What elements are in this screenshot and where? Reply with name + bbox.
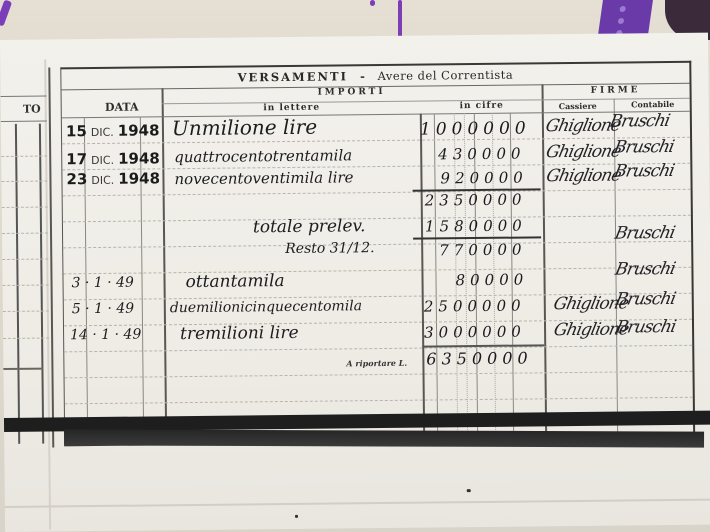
header-firme: FIRME: [542, 85, 690, 97]
entry-date: 3 · 1 · 49: [71, 275, 134, 292]
left-page-fragment: TO: [0, 67, 54, 448]
a-riportare-in-cifre: 6350000: [426, 348, 532, 368]
header-in-cifre: in cifre: [422, 100, 542, 111]
signature-cassiere: Ghiglione: [544, 165, 622, 186]
signature-contabile: Bruschi: [612, 161, 675, 182]
entry-in-lettere: ottantamila: [185, 271, 284, 292]
ink-speck: [467, 489, 471, 492]
entry-in-lettere: quattrocentotrentamila: [174, 146, 352, 166]
entry-in-lettere: novecentoventimila lire: [174, 168, 353, 188]
header-in-lettere: in lettere: [162, 102, 422, 115]
title-subtitle: Avere del Correntista: [377, 68, 513, 83]
signature-contabile: Bruschi: [614, 289, 677, 310]
entry-date: 15DIC.1948: [66, 120, 160, 140]
entry-in-cifre: 3000000: [424, 323, 526, 342]
header-cassiere: Cassiere: [542, 101, 614, 112]
ink-speck: [295, 515, 298, 518]
header-contabile: Contabile: [617, 99, 689, 110]
entry-in-cifre: 2500000: [424, 297, 526, 316]
title-versamenti: VERSAMENTI: [237, 69, 348, 84]
header-data: DATA: [82, 92, 162, 123]
signature-contabile: Bruschi: [614, 317, 677, 338]
printed-black-band-lower: [64, 429, 704, 447]
entry-in-lettere: duemilionicinquecentomila: [170, 298, 362, 316]
entry-in-cifre: 1000000: [420, 118, 531, 139]
versamenti-table: VERSAMENTI - Avere del Correntista DATA …: [60, 61, 695, 447]
subtotal-in-cifre: 2350000: [425, 190, 527, 209]
signature-cassiere: Ghiglione: [544, 141, 622, 162]
resto-label: Resto 31/12.: [285, 240, 374, 257]
signature-contabile: Bruschi: [612, 137, 675, 158]
signature-contabile: Bruschi: [613, 223, 676, 244]
entry-in-lettere: Unmilione lire: [172, 115, 317, 141]
entry-date: 5 · 1 · 49: [72, 301, 135, 318]
purple-stain: [0, 0, 12, 27]
totale-prelevamenti-in-cifre: 1580000: [425, 216, 527, 235]
entry-in-cifre: 430000: [438, 145, 525, 164]
a-riportare-label: A riportare L.: [346, 358, 407, 369]
bank-ledger-sheet: TO VERSAMENTI - Avere del Correntista DA…: [0, 33, 710, 532]
entry-date: 23DIC.1948: [66, 168, 160, 188]
entry-date: 14 · 1 · 49: [70, 327, 141, 344]
paper-edge: [5, 499, 710, 508]
resto-in-cifre: 770000: [439, 240, 526, 259]
title-separator: -: [360, 69, 365, 83]
signature-contabile: Bruschi: [613, 259, 676, 280]
entry-in-lettere: tremilioni lire: [180, 323, 299, 344]
left-panel-header: TO: [1, 96, 47, 122]
purple-stain: [370, 0, 375, 6]
entry-date: 17DIC.1948: [66, 148, 160, 168]
entry-in-cifre: 80000: [455, 270, 528, 289]
signature-contabile: Bruschi: [608, 111, 671, 132]
totale-prelevamenti-label: totale prelev.: [253, 216, 366, 237]
entry-in-cifre: 920000: [440, 168, 527, 187]
